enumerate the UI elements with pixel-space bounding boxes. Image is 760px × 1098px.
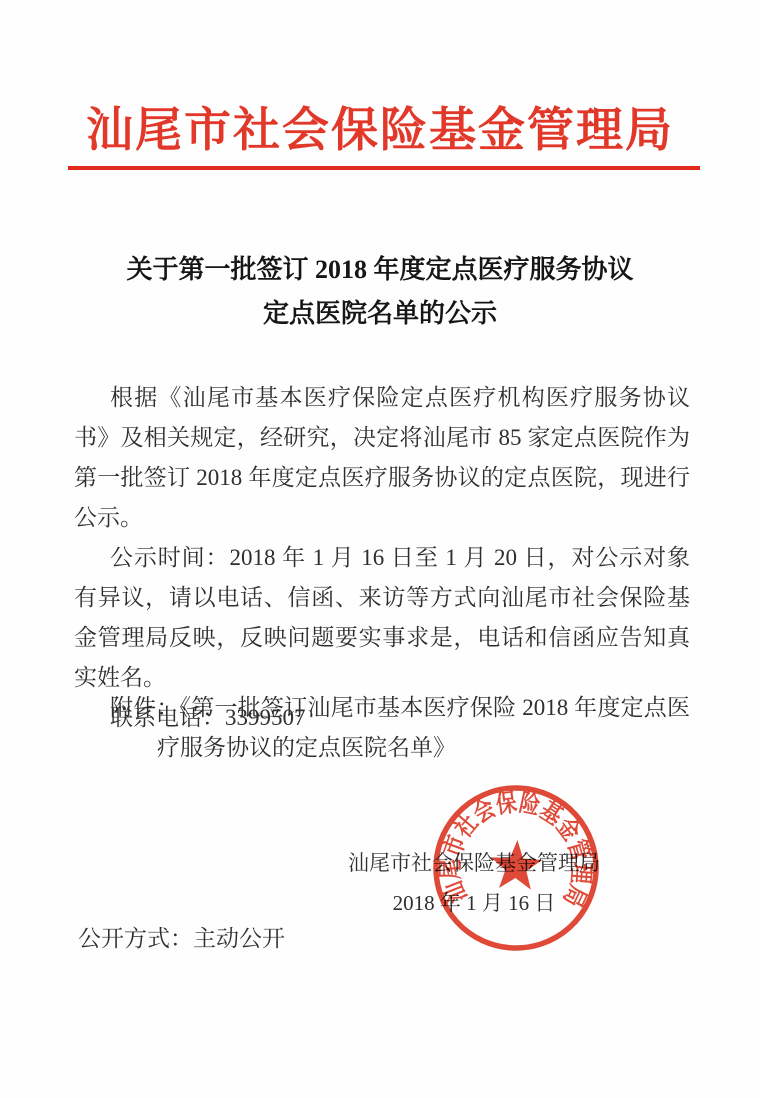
seal-star-icon [489, 839, 543, 890]
letterhead-red-rule [68, 166, 700, 170]
body-paragraph-basis: 根据《汕尾市基本医疗保险定点医疗机构医疗服务协议书》及相关规定，经研究，决定将汕… [74, 378, 690, 538]
document-body: 根据《汕尾市基本医疗保险定点医疗机构医疗服务协议书》及相关规定，经研究，决定将汕… [74, 378, 690, 738]
official-round-seal: 汕尾市社会保险基金管理局 [427, 779, 606, 958]
letterhead-org-name: 汕尾市社会保险基金管理局 [0, 93, 760, 160]
document-title-line1: 关于第一批签订 2018 年度定点医疗服务协议 [72, 248, 688, 292]
scanned-document-page: 汕尾市社会保险基金管理局 关于第一批签订 2018 年度定点医疗服务协议 定点医… [0, 0, 760, 1098]
document-title-line2: 定点医院名单的公示 [72, 292, 688, 336]
document-title: 关于第一批签订 2018 年度定点医疗服务协议 定点医院名单的公示 [72, 248, 688, 336]
attachment-reference: 附件：《第一批签订汕尾市基本医疗保险 2018 年度定点医疗服务协议的定点医院名… [74, 688, 690, 768]
body-paragraph-notice-period: 公示时间：2018 年 1 月 16 日至 1 月 20 日，对公示对象有异议，… [74, 538, 690, 698]
disclosure-method-line: 公开方式：主动公开 [78, 919, 285, 959]
